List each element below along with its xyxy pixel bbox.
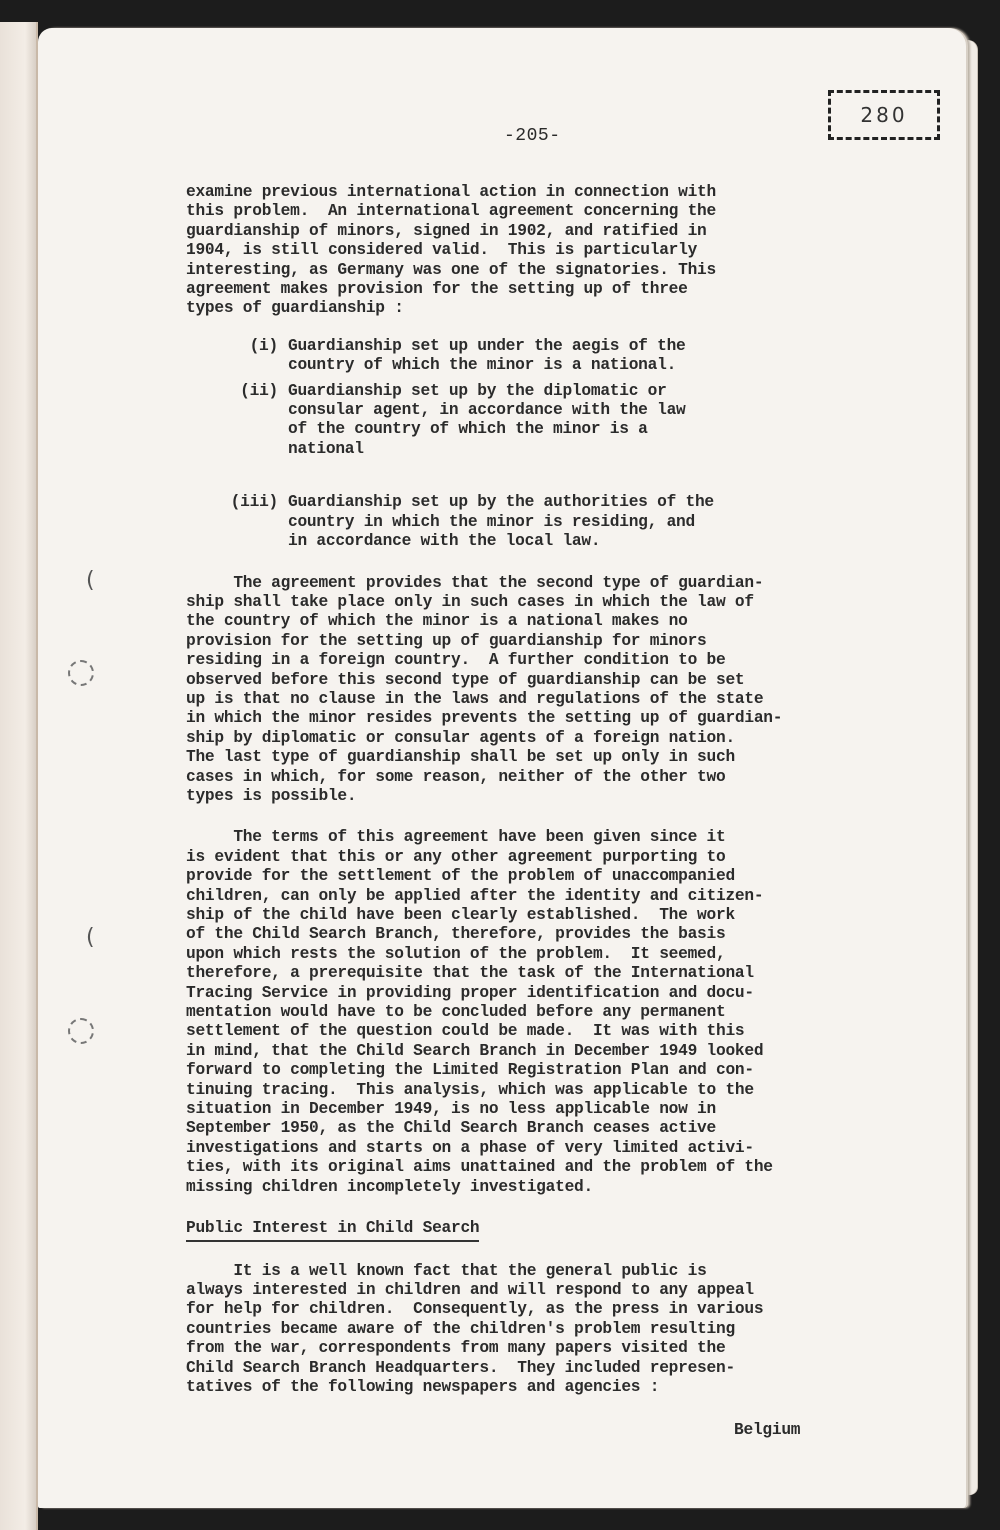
guardianship-types-list: (i) Guardianship set up under the aegis … [186, 337, 906, 552]
list-item: (i) Guardianship set up under the aegis … [186, 337, 906, 376]
paragraph-second-type: The agreement provides that the second t… [186, 574, 906, 807]
list-item-text: Guardianship set up by the diplomatic or… [288, 382, 788, 460]
page-number: -205- [504, 126, 561, 146]
paragraph-intro: examine previous international action in… [186, 183, 906, 319]
stamp-number: 280 [860, 103, 907, 127]
list-item-text: Guardianship set up by the authorities o… [288, 493, 788, 551]
punch-hole-ring [68, 660, 94, 686]
list-item: (ii) Guardianship set up by the diplomat… [186, 382, 906, 460]
archive-stamp: 280 [828, 90, 940, 140]
section-heading: Public Interest in Child Search [186, 1219, 479, 1241]
left-facing-page-edge [0, 22, 38, 1530]
country-label: Belgium [186, 1421, 906, 1440]
list-item-number: (iii) [186, 493, 288, 551]
margin-paren-mark: ( [86, 568, 95, 593]
list-item: (iii) Guardianship set up by the authori… [186, 493, 906, 551]
list-item-text: Guardianship set up under the aegis of t… [288, 337, 788, 376]
paragraph-terms: The terms of this agreement have been gi… [186, 828, 906, 1197]
typed-body: examine previous international action in… [186, 183, 906, 1441]
paragraph-public-interest: It is a well known fact that the general… [186, 1262, 906, 1398]
margin-paren-mark: ( [86, 925, 95, 950]
punch-hole-ring [68, 1018, 94, 1044]
list-item-number: (i) [186, 337, 288, 376]
list-item-number: (ii) [186, 382, 288, 460]
